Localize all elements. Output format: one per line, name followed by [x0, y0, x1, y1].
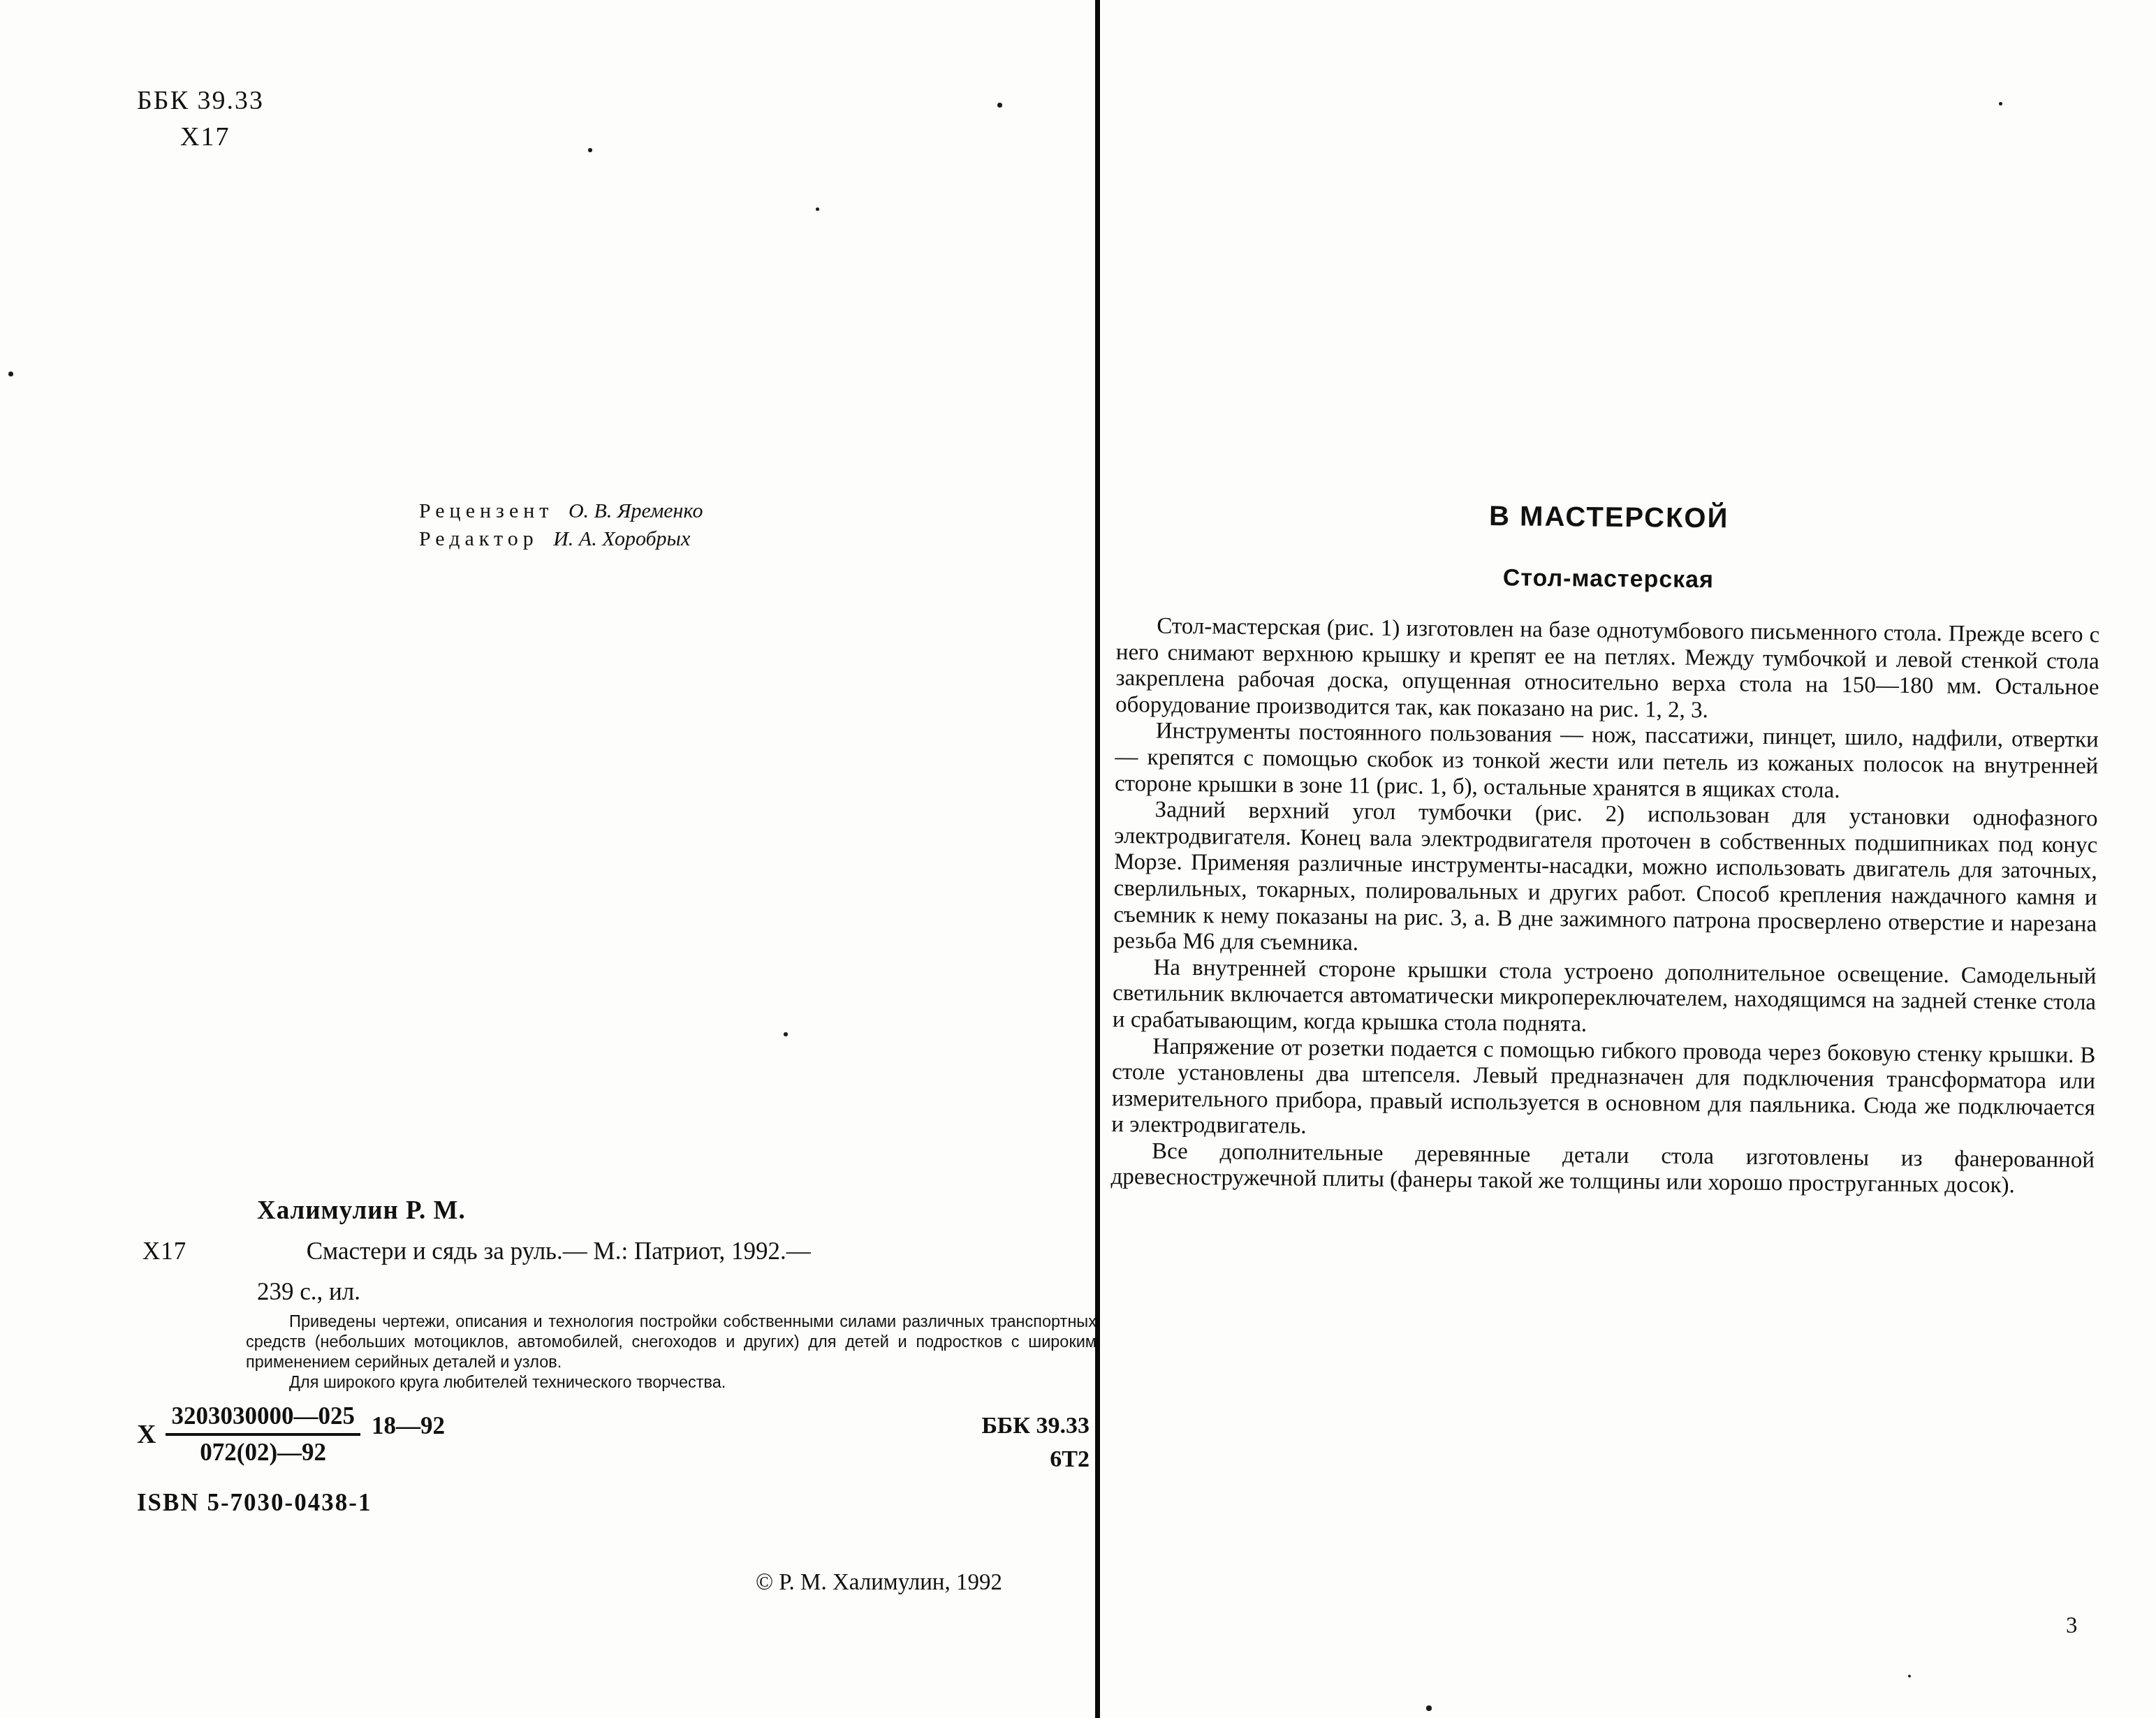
scan-speck	[1908, 1675, 1911, 1677]
catalog-fraction: 3203030000—025 072(02)—92	[166, 1402, 360, 1467]
scan-speck	[997, 103, 1002, 108]
catalog-card-code: Х17	[142, 1238, 300, 1265]
scan-speck	[816, 207, 819, 211]
reviewer-label: Рецензент	[419, 499, 553, 522]
catalog-number-formula: Х 3203030000—025 072(02)—92 18—92	[137, 1402, 445, 1467]
body-paragraph-5: Напряжение от розетки подается с помощью…	[1111, 1033, 2095, 1147]
body-text: Стол-мастерская (рис. 1) изготовлен на б…	[1110, 613, 2099, 1201]
bbk-right-block: ББК 39.33 6Т2	[939, 1409, 1090, 1476]
citation-line1: Смастери и сядь за руль.— М.: Патриот, 1…	[307, 1238, 811, 1265]
catalog-prefix: Х	[137, 1419, 156, 1450]
bbk-right-index: 6Т2	[939, 1443, 1090, 1476]
page-number: 3	[2066, 1613, 2078, 1639]
catalog-suffix: 18—92	[372, 1402, 445, 1440]
bbk-author-index: Х17	[137, 119, 264, 155]
section-title: Стол-мастерская	[1117, 561, 2100, 598]
body-paragraph-6: Все дополнительные деревянные детали сто…	[1110, 1138, 2095, 1201]
editor-line: Редактор И. А. Хоробрых	[419, 525, 810, 553]
annotation-block: Приведены чертежи, описания и технология…	[246, 1312, 1097, 1393]
editor-label: Редактор	[419, 527, 538, 550]
scan-speck	[1426, 1705, 1432, 1711]
catalog-fraction-numerator: 3203030000—025	[166, 1402, 360, 1436]
page-divider-line	[1095, 0, 1100, 1718]
bbk-right-code: ББК 39.33	[939, 1409, 1090, 1443]
catalog-card-author: Халимулин Р. М.	[257, 1196, 466, 1226]
scan-speck	[588, 148, 592, 152]
chapter-title: В МАСТЕРСКОЙ	[1117, 497, 2101, 538]
reviewer-line: Рецензент О. В. Яременко	[419, 497, 810, 525]
annotation-paragraph-1: Приведены чертежи, описания и технология…	[246, 1312, 1097, 1372]
catalog-card-citation: Х17 Смастери и сядь за руль.— М.: Патрио…	[142, 1238, 1071, 1265]
bbk-code: ББК 39.33	[137, 82, 264, 119]
catalog-fraction-denominator: 072(02)—92	[166, 1436, 360, 1467]
body-paragraph-3: Задний верхний угол тумбочки (рис. 2) ис…	[1113, 797, 2098, 964]
body-paragraph-2: Инструменты постоянного пользования — но…	[1115, 718, 2099, 806]
isbn-line: ISBN 5-7030-0438-1	[137, 1489, 372, 1517]
reviewer-editor-block: Рецензент О. В. Яременко Редактор И. А. …	[419, 497, 810, 553]
right-page-text-column: В МАСТЕРСКОЙ Стол-мастерская Стол-мастер…	[1110, 497, 2100, 1201]
editor-name: И. А. Хоробрых	[553, 527, 690, 550]
citation-line2: 239 с., ил.	[257, 1278, 360, 1306]
bbk-classification-block: ББК 39.33 Х17	[137, 82, 264, 155]
copyright-line: © Р. М. Халимулин, 1992	[756, 1570, 1002, 1596]
reviewer-name: О. В. Яременко	[569, 499, 703, 522]
scan-speck	[8, 372, 13, 376]
scan-speck	[1999, 102, 2002, 105]
annotation-paragraph-2: Для широкого круга любителей техническог…	[246, 1372, 1097, 1393]
body-paragraph-4: На внутренней стороне крышки стола устро…	[1113, 955, 2097, 1043]
body-paragraph-1: Стол-мастерская (рис. 1) изготовлен на б…	[1115, 613, 2099, 728]
scan-speck	[784, 1032, 788, 1036]
book-spread-scan: ББК 39.33 Х17 Рецензент О. В. Яременко Р…	[0, 0, 2156, 1718]
